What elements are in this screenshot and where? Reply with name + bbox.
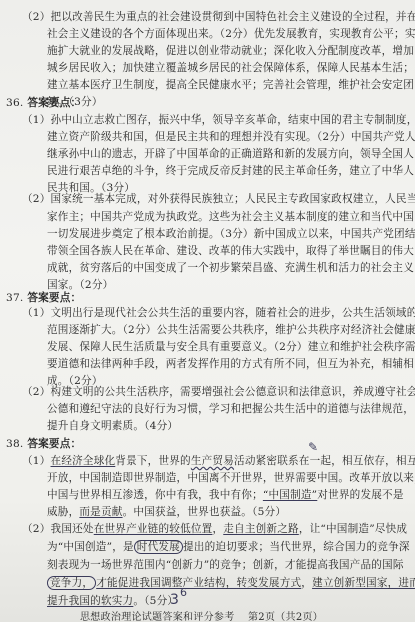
handwritten-underline: 而是贡献 xyxy=(79,506,122,518)
handwritten-underline: 提升我国的软实力 xyxy=(47,595,133,607)
text-line: 开放，中国制造即世界制造，中国离不开世界，世界需要中国。改革开放以来， xyxy=(47,471,415,485)
handwritten-underline: “中国制造” xyxy=(263,489,317,501)
handwritten-circle: 竞争力， xyxy=(47,576,96,590)
heading-label: 答案要点： xyxy=(27,97,81,109)
text-line: （2）构建文明的公共生活秩序，需要增强社会公德意识和法律意识，养成遵守社会 xyxy=(22,385,415,399)
text-line: 建立基本医疗卫生制度，提高全民健康水平；完善社会管理，维护社会安定团 xyxy=(47,78,414,92)
text-span: 中国与世界相互渗透，你中有我，我中有你； xyxy=(47,489,263,501)
part-label: （1） xyxy=(22,455,51,467)
handwritten-underline: 转变发展方式 xyxy=(237,577,302,589)
text-line: 发展、保障人民生活质量与安全具有重要意义。（2分）建立和维护社会秩序需 xyxy=(47,340,415,354)
text-line: 为“中国创造”，是时代发展提出的迫切要求；当代世界，综合国力的竞争深 xyxy=(47,540,410,554)
footer-title: 思想政治理论试题答案和评分参考 xyxy=(80,612,235,622)
text-span: 。中国获益，世界也获益。（5分） xyxy=(123,506,287,518)
text-span: 威胁， xyxy=(47,506,79,518)
text-line: 要道德和法律两种手段，两者发挥作用的方式有所不同，但互为补充，相辅相 xyxy=(47,357,414,371)
text-line: 提升自身文明素质。（4分） xyxy=(47,419,178,433)
question-heading: 38. 答案要点： xyxy=(6,437,81,451)
question-number: 38. xyxy=(6,438,23,450)
text-line: 刻表现为一场世界范围内“创新力”的竞争；创新，才能提高我国产品的国际 xyxy=(47,558,404,572)
text-line: 民进行艰苦卓绝的斗争，终于完成反帝反封建的民主革命任务，建立了中华人 xyxy=(47,164,414,178)
text-line: 国家。（2分） xyxy=(47,278,113,292)
text-line: 中国与世界相互渗透，你中有我，我中有你；“中国制造”对世界的发展不是 xyxy=(47,488,404,502)
text-span: 背景下，世界的 xyxy=(115,455,191,467)
text-span: ， xyxy=(212,523,223,535)
text-line: 城乡居民收入；加快建立覆盖城乡居民的社会保障体系，保障人民基本生活； xyxy=(47,61,414,75)
text-span: 活动紧密联系在一起，相互依存，相互 xyxy=(234,455,415,467)
text-span: ， xyxy=(301,577,312,589)
handwritten-underline: 在经济全球化 xyxy=(51,455,116,467)
text-line: （1）孙中山立志救亡图存，振兴中华，领导辛亥革命，结束中国的君主专制制度， xyxy=(22,113,415,127)
text-line: 建立资产阶级共和国，但是民主共和的理想并没有实现。（2分）中国共产党人 xyxy=(47,130,415,144)
text-line: 带领全国各族人民在革命、建设、改革的伟大实践中，取得了举世瞩目的伟大 xyxy=(47,244,414,258)
page-number: 第2页（共2页） xyxy=(248,612,323,622)
handwritten-circle: 时代发展 xyxy=(134,540,183,554)
handwritten-score: 6 xyxy=(180,586,187,599)
question-number: 37. xyxy=(6,292,23,304)
handwritten-underline: 走自主创新之路 xyxy=(223,523,299,535)
text-line: 竞争力，才能促进我国调整产业结构，转变发展方式，建立创新型国家，进而 xyxy=(47,576,415,590)
text-span: ，让“中国制造”尽快成 xyxy=(299,523,407,535)
text-line: 提升我国的软实力。（5分） xyxy=(47,594,178,608)
handwritten-wavy-underline: 生产贸易 xyxy=(191,455,234,467)
handwritten-underline: 建立创新型国家，进而 xyxy=(312,577,415,589)
text-line: （2）国家统一基本完成，对外获得民族独立；人民民主专政国家政权建立，人民当 xyxy=(22,192,415,206)
text-line: 公德和遵纪守法的良好行为习惯，学习和把握公共生活中的道德与法律规范， xyxy=(47,402,414,416)
question-heading: 37. 答案要点： xyxy=(6,291,81,305)
heading-label: 答案要点： xyxy=(27,438,81,450)
text-line: （2）我国还处在世界产业链的较低位置，走自主创新之路，让“中国制造”尽快成 xyxy=(22,522,407,536)
text-line: （2）把以改善民生为重点的社会建设贯彻到中国特色社会主义建设的全过程，并在 xyxy=(22,10,415,24)
text-line: （1）文明出行是现代社会公共生活的重要内容，随着社会的进步，公共生活领域的 xyxy=(22,306,415,320)
page-footer: 思想政治理论试题答案和评分参考 第2页（共2页） xyxy=(80,608,323,622)
question-number: 36. xyxy=(6,97,23,109)
text-line: 一切发展进步奠定了根本政治前提。（3分）新中国成立以来，中国共产党团结 xyxy=(47,227,415,241)
text-line: 社会主义建设的各个方面体现出来。（2分）优先发展教育，实现教育公平；实 xyxy=(47,27,415,41)
text-line: （1）在经济全球化背景下，世界的生产贸易活动紧密联系在一起，相互依存，相互 xyxy=(22,454,415,468)
answer-sheet-page: （2）把以改善民生为重点的社会建设贯彻到中国特色社会主义建设的全过程，并在 社会… xyxy=(0,0,415,622)
text-line: 施扩大就业的发展战略，促进以创业带动就业；深化收入分配制度改革，增加 xyxy=(47,44,414,58)
text-line: 成就，贫穷落后的中国变成了一个初步繁荣昌盛、充满生机和活力的社会主义 xyxy=(47,261,414,275)
handwritten-score: 3 xyxy=(170,592,179,608)
text-span: 对世界的发展不是 xyxy=(317,489,403,501)
text-span: 提出的迫切要求；当代世界，综合国力的竞争深 xyxy=(183,541,410,553)
text-line: 威胁，而是贡献。中国获益，世界也获益。（5分） xyxy=(47,505,286,519)
text-line: 家作主；中国共产党成为执政党。这些为社会主义基本制度的建立和当代中国 xyxy=(47,210,414,224)
text-line: 继承孙中山的遗志，开辟了中国革命的正确道路和新的发展方向，领导全国人 xyxy=(47,147,414,161)
question-heading: 36. 答案要点： xyxy=(6,96,81,110)
part-label: （2） xyxy=(22,523,51,535)
handwritten-mark-icon: ✎ xyxy=(308,440,318,454)
text-span: 我国还处 xyxy=(51,523,94,535)
heading-label: 答案要点： xyxy=(27,292,81,304)
text-line: 范围逐渐扩大。（2分）公共生活需要公共秩序，维护公共秩序对经济社会健康 xyxy=(47,323,415,337)
text-span: 为“中国创造”，是 xyxy=(47,541,134,553)
handwritten-underline: 在世界产业链的较低位置 xyxy=(94,523,213,535)
handwritten-underline: 才能促进我国调整产业结构， xyxy=(96,577,236,589)
